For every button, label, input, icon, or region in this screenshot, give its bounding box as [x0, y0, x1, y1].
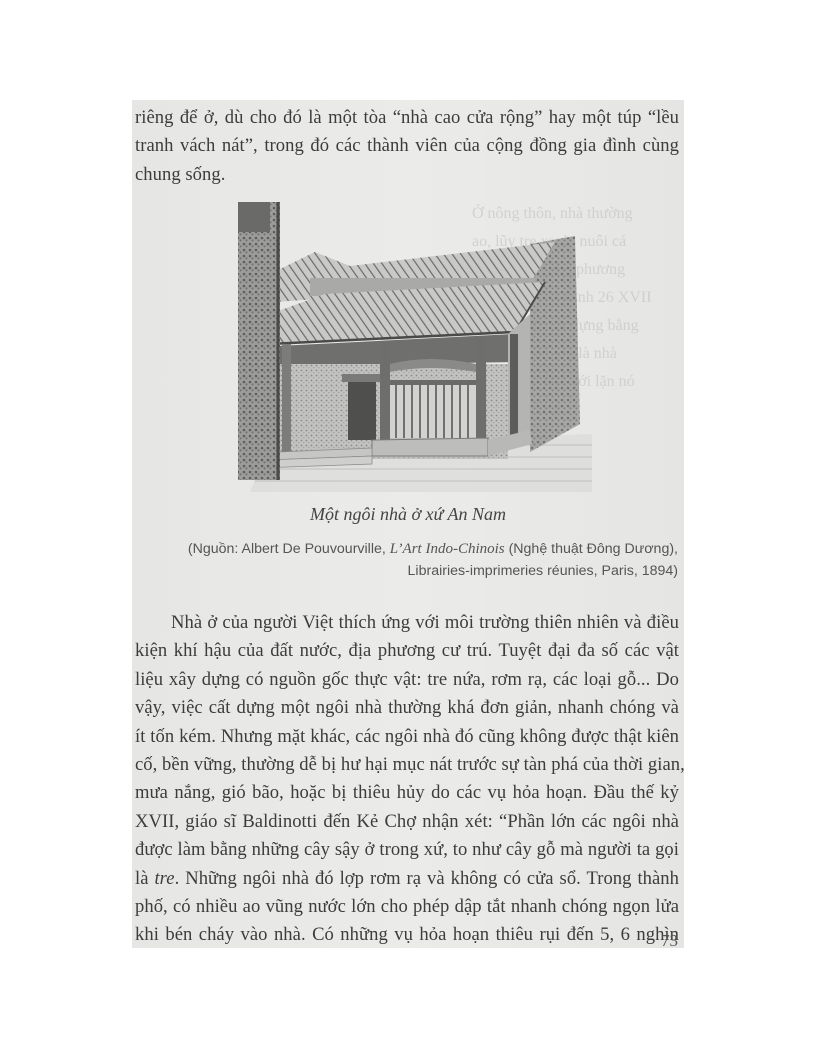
figure-source: (Nguồn: Albert De Pouvourville, L’Art In…	[118, 538, 678, 582]
text-line: là tre. Những ngôi nhà đó lợp rơm rạ và …	[135, 865, 679, 893]
text-line: XVII, giáo sĩ Baldinotti đến Kẻ Chợ nhận…	[135, 808, 679, 836]
text-fragment: là	[135, 868, 154, 889]
italic-term: tre	[154, 868, 174, 889]
house-illustration	[230, 194, 592, 492]
book-page: Ở nông thôn, nhà thường ao, lũy tre xanh…	[132, 100, 684, 948]
text-line: mưa nắng, gió bão, hoặc bị thiêu hủy do …	[135, 779, 679, 807]
text-line: ít tốn kém. Nhưng mặt khác, các ngôi nhà…	[135, 723, 679, 751]
text-line: cố, bền vững, thường dễ bị hư hại mục ná…	[135, 751, 679, 779]
source-suffix: (Nghệ thuật Đông Dương),	[505, 541, 678, 557]
text-line: liệu xây dựng có nguồn gốc thực vật: tre…	[135, 666, 679, 694]
text-line: Nhà ở của người Việt thích ứng với môi t…	[135, 609, 679, 637]
intro-paragraph: riêng để ở, dù cho đó là một tòa “nhà ca…	[135, 104, 679, 189]
source-line-2: Librairies-imprimeries réunies, Paris, 1…	[118, 560, 678, 582]
body-paragraph: Nhà ở của người Việt thích ứng với môi t…	[135, 609, 679, 950]
source-title: L’Art Indo-Chinois	[390, 541, 505, 557]
text-line: vậy, việc cất dựng một ngôi nhà thường k…	[135, 694, 679, 722]
text-line: phố, có nhiều ao vũng nước lớn cho phép …	[135, 893, 679, 921]
source-prefix: (Nguồn: Albert De Pouvourville,	[188, 541, 390, 557]
figure-caption: Một ngôi nhà ở xứ An Nam	[132, 504, 684, 525]
text-line: được làm bằng những cây sậy ở trong xứ, …	[135, 836, 679, 864]
text-line: tranh vách nát”, trong đó các thành viên…	[135, 132, 679, 160]
house-engraving-icon	[230, 194, 592, 492]
text-line: kiện khí hậu của đất nước, địa phương cư…	[135, 637, 679, 665]
text-line: chung sống.	[135, 161, 679, 189]
text-line: riêng để ở, dù cho đó là một tòa “nhà ca…	[135, 104, 679, 132]
page-number: 73	[661, 931, 678, 951]
text-line: khi bén cháy vào nhà. Có những vụ hỏa ho…	[135, 921, 679, 949]
text-fragment: . Những ngôi nhà đó lợp rơm rạ và không …	[175, 868, 679, 889]
source-line-1: (Nguồn: Albert De Pouvourville, L’Art In…	[118, 538, 678, 560]
